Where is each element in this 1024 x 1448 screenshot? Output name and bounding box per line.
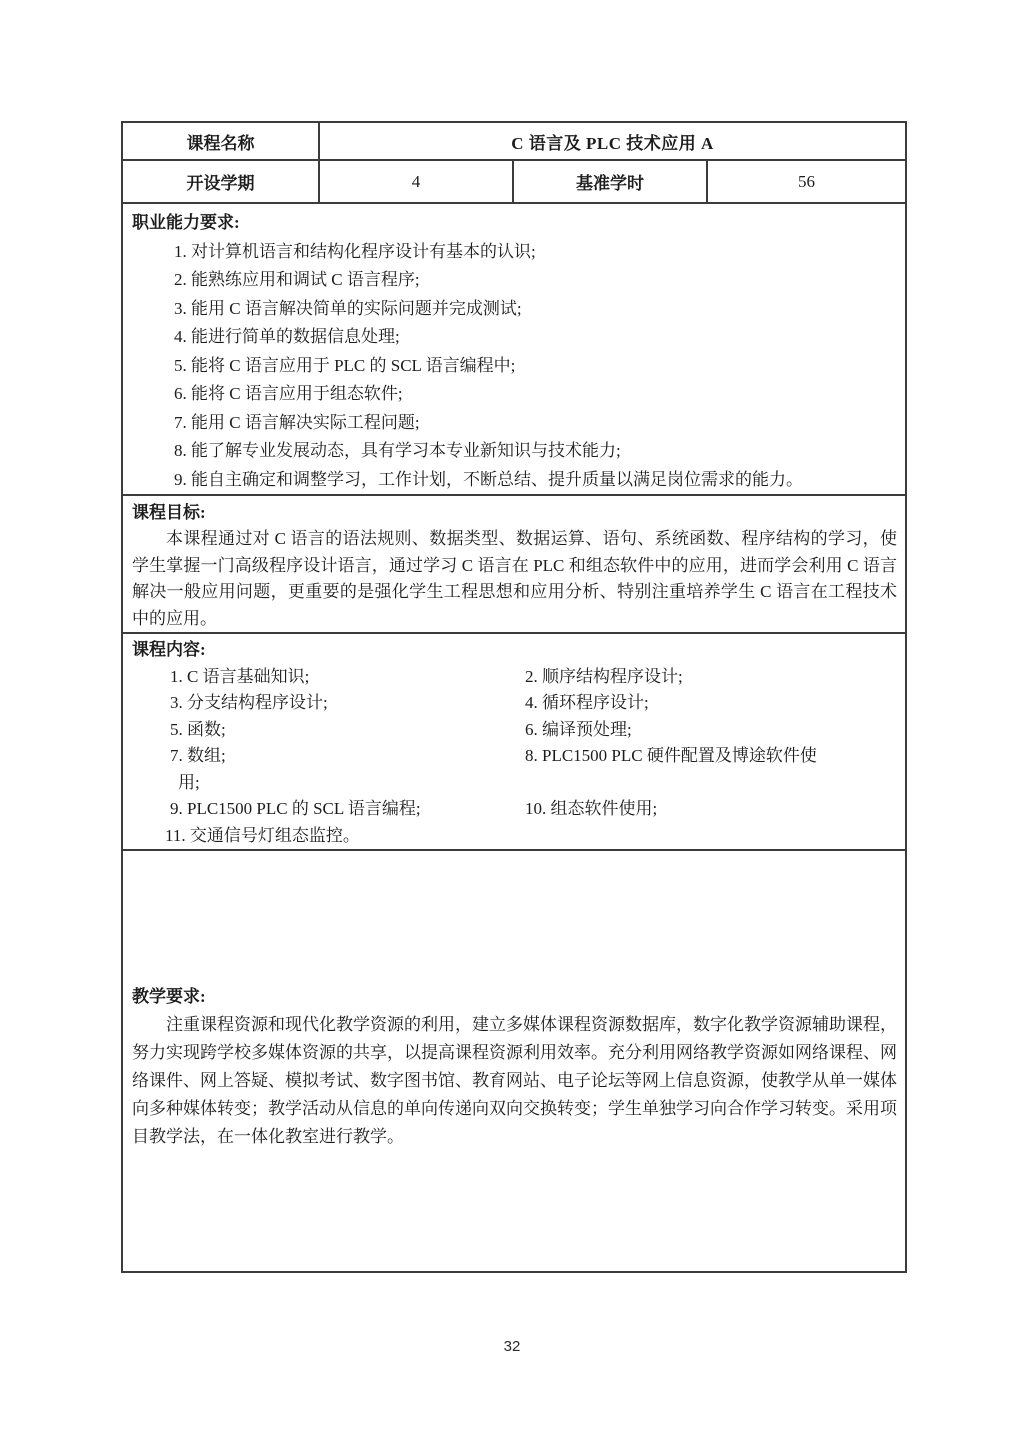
content-row-5: 用; bbox=[132, 770, 897, 797]
hours-value: 56 bbox=[706, 161, 905, 202]
content-item-8: 8. PLC1500 PLC 硬件配置及博途软件使 bbox=[525, 743, 897, 770]
ability-item-7: 7. 能用 C 语言解决实际工程问题; bbox=[132, 409, 897, 438]
semester-hours-row: 开设学期 4 基准学时 56 bbox=[123, 161, 905, 204]
ability-item-6: 6. 能将 C 语言应用于组态软件; bbox=[132, 380, 897, 409]
page-number: 32 bbox=[0, 1338, 1024, 1355]
content-row-7: 11. 交通信号灯组态监控。 bbox=[132, 823, 897, 850]
ability-item-4: 4. 能进行简单的数据信息处理; bbox=[132, 323, 897, 352]
course-name-value: C 语言及 PLC 技术应用 A bbox=[318, 123, 905, 159]
content-row-1: 1. C 语言基础知识; 2. 顺序结构程序设计; bbox=[132, 664, 897, 691]
ability-heading: 职业能力要求: bbox=[132, 209, 897, 238]
ability-item-9: 9. 能自主确定和调整学习，工作计划，不断总结、提升质量以满足岗位需求的能力。 bbox=[132, 466, 897, 495]
content-item-2: 2. 顺序结构程序设计; bbox=[525, 664, 897, 691]
objectives-paragraph: 本课程通过对 C 语言的语法规则、数据类型、数据运算、语句、系统函数、程序结构的… bbox=[132, 526, 897, 632]
teaching-requirements-section: 教学要求: 注重课程资源和现代化教学资源的利用，建立多媒体课程资源数据库，数字化… bbox=[123, 851, 905, 1271]
ability-item-8: 8. 能了解专业发展动态，具有学习本专业新知识与技术能力; bbox=[132, 437, 897, 466]
course-objectives-section: 课程目标: 本课程通过对 C 语言的语法规则、数据类型、数据运算、语句、系统函数… bbox=[123, 496, 905, 634]
content-item-1: 1. C 语言基础知识; bbox=[132, 664, 525, 691]
teaching-heading: 教学要求: bbox=[132, 983, 897, 1011]
content-item-9: 9. PLC1500 PLC 的 SCL 语言编程; bbox=[132, 796, 525, 823]
document-page: 课程名称 C 语言及 PLC 技术应用 A 开设学期 4 基准学时 56 职业能… bbox=[0, 0, 1024, 1448]
content-item-7: 7. 数组; bbox=[132, 743, 525, 770]
course-content-section: 课程内容: 1. C 语言基础知识; 2. 顺序结构程序设计; 3. 分支结构程… bbox=[123, 634, 905, 851]
content-heading: 课程内容: bbox=[132, 637, 897, 664]
ability-item-1: 1. 对计算机语言和结构化程序设计有基本的认识; bbox=[132, 238, 897, 267]
content-row-2: 3. 分支结构程序设计; 4. 循环程序设计; bbox=[132, 690, 897, 717]
semester-value: 4 bbox=[318, 161, 512, 202]
content-item-10: 10. 组态软件使用; bbox=[525, 796, 897, 823]
semester-label: 开设学期 bbox=[123, 161, 318, 202]
course-syllabus-table: 课程名称 C 语言及 PLC 技术应用 A 开设学期 4 基准学时 56 职业能… bbox=[121, 121, 907, 1273]
content-item-4: 4. 循环程序设计; bbox=[525, 690, 897, 717]
ability-requirements-section: 职业能力要求: 1. 对计算机语言和结构化程序设计有基本的认识; 2. 能熟练应… bbox=[123, 204, 905, 496]
objectives-heading: 课程目标: bbox=[132, 500, 897, 526]
ability-item-2: 2. 能熟练应用和调试 C 语言程序; bbox=[132, 266, 897, 295]
teaching-paragraph: 注重课程资源和现代化教学资源的利用，建立多媒体课程资源数据库，数字化教学资源辅助… bbox=[132, 1011, 897, 1151]
course-name-label: 课程名称 bbox=[123, 123, 318, 159]
content-row-6: 9. PLC1500 PLC 的 SCL 语言编程; 10. 组态软件使用; bbox=[132, 796, 897, 823]
content-item-8-continued: 用; bbox=[132, 770, 525, 797]
content-item-11: 11. 交通信号灯组态监控。 bbox=[132, 823, 632, 850]
content-row-4: 7. 数组; 8. PLC1500 PLC 硬件配置及博途软件使 bbox=[132, 743, 897, 770]
content-row-3: 5. 函数; 6. 编译预处理; bbox=[132, 717, 897, 744]
ability-item-5: 5. 能将 C 语言应用于 PLC 的 SCL 语言编程中; bbox=[132, 352, 897, 381]
content-item-3: 3. 分支结构程序设计; bbox=[132, 690, 525, 717]
hours-label: 基准学时 bbox=[512, 161, 706, 202]
ability-item-3: 3. 能用 C 语言解决简单的实际问题并完成测试; bbox=[132, 295, 897, 324]
content-item-6: 6. 编译预处理; bbox=[525, 717, 897, 744]
course-name-row: 课程名称 C 语言及 PLC 技术应用 A bbox=[123, 123, 905, 161]
content-item-5: 5. 函数; bbox=[132, 717, 525, 744]
